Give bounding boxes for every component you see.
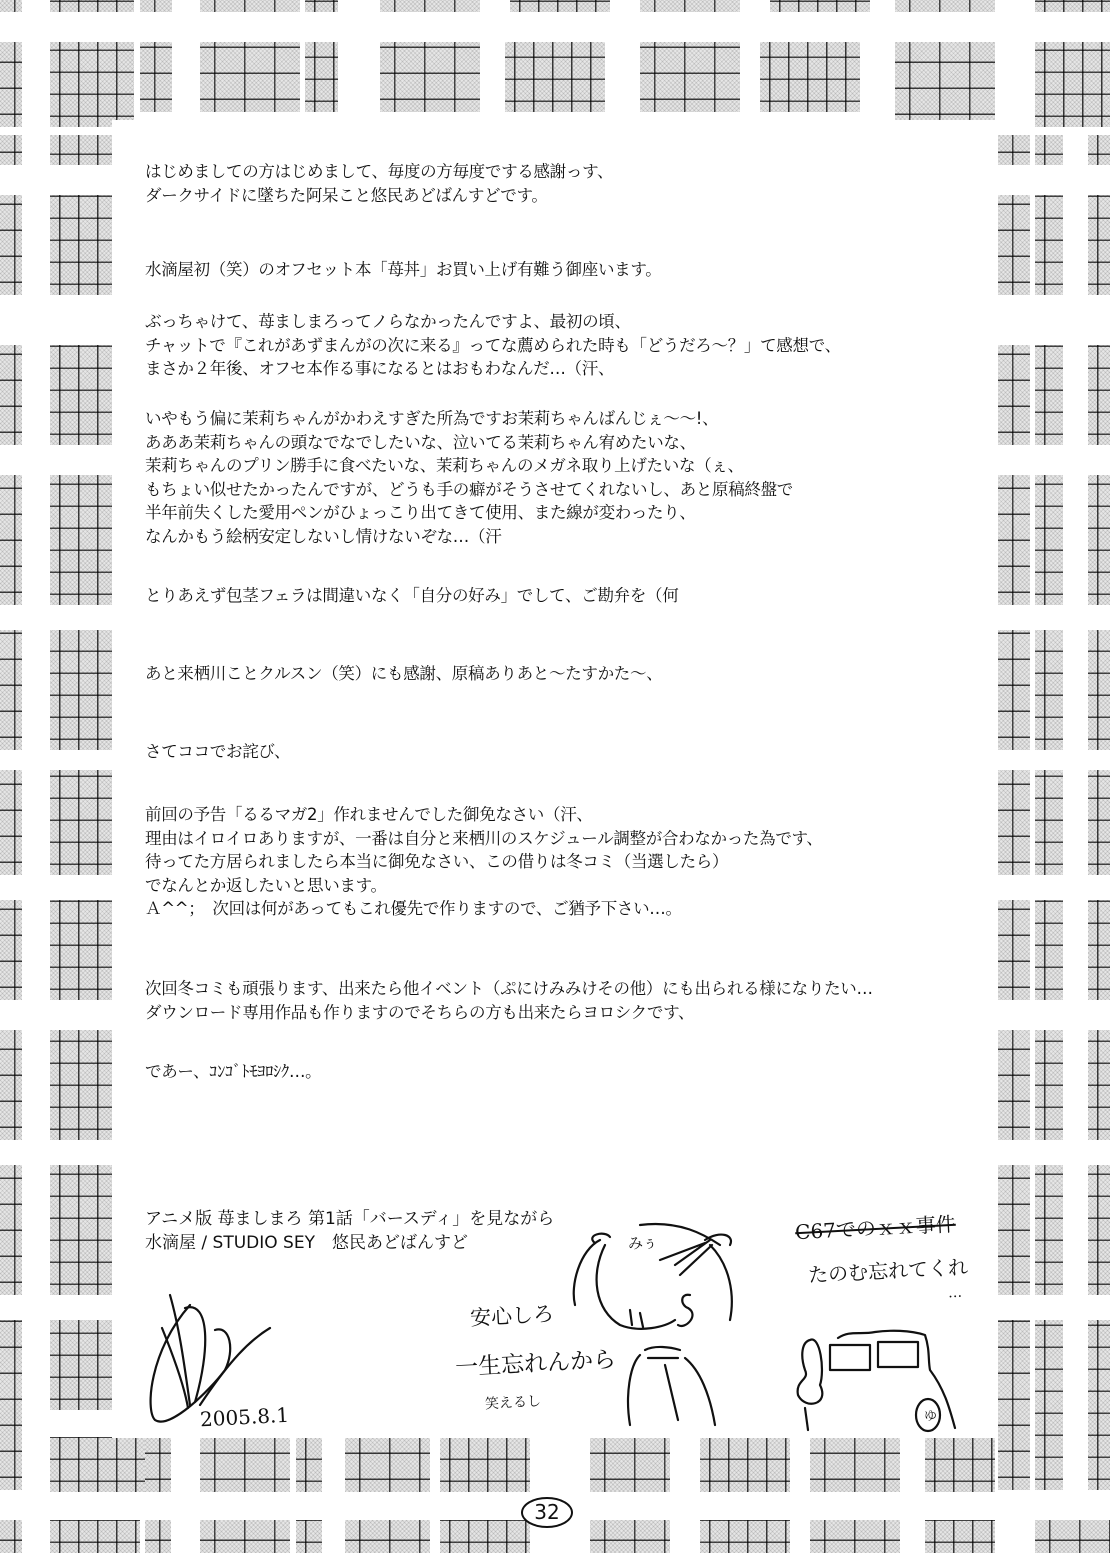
signature-date: 2005.8.1: [199, 1403, 289, 1432]
page-number: 32: [521, 1497, 573, 1528]
text-line: もちょい似せたかったんですが、どうも手の癖がそうさせてくれないし、あと原稿終盤で: [145, 478, 793, 502]
border-tile: [0, 42, 22, 127]
border-tile: [0, 195, 22, 295]
border-tile: [810, 1437, 900, 1492]
border-tile: [0, 345, 22, 445]
text-line: 半年前失くした愛用ペンがひょっこり出てきて使用、また線が変わったり、: [145, 501, 793, 525]
text-line: 待ってた方居られましたら本当に御免なさい、この借りは冬コミ（当選したら）: [145, 850, 823, 874]
hands-sketch-icon: [790, 1330, 970, 1440]
border-tile: [440, 1520, 530, 1553]
border-tile: [1088, 345, 1110, 445]
text-line: はじめましての方はじめまして、毎度の方毎度でする感謝っす、: [145, 160, 613, 184]
border-tile: [1035, 1165, 1063, 1295]
border-tile: [1035, 1520, 1110, 1553]
paragraph-apology-intro: さてココでお詫び、: [145, 740, 290, 764]
paragraph-thanks: 水滴屋初（笑）のオフセット本「苺丼」お買い上げ有難う御座います。: [145, 258, 661, 282]
text-line: なんかもう絵柄安定しないし情けないぞな…（汗: [145, 525, 793, 549]
border-tile: [998, 345, 1030, 445]
border-tile: [1035, 770, 1063, 875]
text-line: 前回の予告「るるマガ2」作れませんでした御免なさい（汗、: [145, 803, 823, 827]
border-tile: [145, 1437, 171, 1492]
border-tile: [50, 0, 134, 12]
border-tile: [700, 1520, 790, 1553]
text-line: ダウンロード専用作品も作りますのでそちらの方も出来たらヨロシクです、: [145, 1001, 873, 1025]
border-tile: [1088, 770, 1110, 875]
border-tile: [1088, 1165, 1110, 1295]
text-line: 次回冬コミも頑張ります、出来たら他イベント（ぷにけみみけその他）にも出られる様に…: [145, 977, 873, 1001]
paragraph-confession: ぶっちゃけて、苺ましまろってノらなかったんですよ、最初の頃、 チャットで『これが…: [145, 310, 841, 381]
border-tile: [1035, 630, 1063, 750]
credit-line-watching: アニメ版 苺ましまろ 第1話「バースディ」を見ながら: [145, 1207, 554, 1231]
author-credit: アニメ版 苺ましまろ 第1話「バースディ」を見ながら 水滴屋 / STUDIO …: [145, 1207, 554, 1255]
border-tile: [640, 42, 740, 112]
border-tile: [1035, 0, 1110, 12]
border-tile: [0, 1165, 22, 1295]
border-tile: [50, 900, 112, 1000]
border-tile: [1088, 900, 1110, 1000]
border-tile: [200, 1520, 290, 1553]
border-tile: [895, 42, 995, 127]
border-tile: [998, 900, 1030, 1000]
border-tile: [1035, 1030, 1063, 1140]
text-line: いやもう偏に茉莉ちゃんがかわえすぎた所為ですお茉莉ちゃんばんじぇ～～!、: [145, 407, 793, 431]
border-tile: [1035, 475, 1063, 605]
text-line: 水滴屋初（笑）のオフセット本「苺丼」お買い上げ有難う御座います。: [145, 258, 661, 282]
border-tile: [510, 0, 610, 12]
text-line: ダークサイドに墜ちた阿呆こと悠民あどばんすどです。: [145, 184, 613, 208]
border-tile: [50, 475, 112, 605]
text-line: Ａ^^； 次回は何があってもこれ優先で作りますので、ご猶予下さい…。: [145, 897, 823, 921]
border-tile: [0, 135, 22, 165]
border-tile: [760, 42, 860, 112]
border-tile: [1088, 475, 1110, 605]
border-tile: [925, 1437, 995, 1492]
note-ellipsis: …: [948, 1285, 963, 1302]
paragraph-next-event: 次回冬コミも頑張ります、出来たら他イベント（ぷにけみみけその他）にも出られる様に…: [145, 977, 873, 1024]
border-tile: [145, 1520, 171, 1553]
border-tile: [998, 1165, 1030, 1295]
border-tile: [0, 475, 22, 605]
border-tile: [50, 770, 112, 875]
border-tile: [50, 42, 134, 127]
border-tile: [140, 0, 172, 12]
border-tile: [1088, 1320, 1110, 1490]
paragraph-matsuri: いやもう偏に茉莉ちゃんがかわえすぎた所為ですお茉莉ちゃんばんじぇ～～!、 あああ…: [145, 407, 793, 548]
girl-sketch-icon: [560, 1225, 760, 1425]
border-tile: [505, 42, 605, 112]
border-tile: [380, 42, 480, 112]
girl-sound: みぅ: [627, 1231, 658, 1254]
border-tile: [1035, 900, 1063, 1000]
border-tile: [700, 1437, 790, 1492]
paragraph-preference: とりあえず包茎フェラは間違いなく「自分の好み」でして、ご勘弁を（何: [145, 584, 678, 608]
text-line: とりあえず包茎フェラは間違いなく「自分の好み」でして、ご勘弁を（何: [145, 584, 678, 608]
border-tile: [50, 1030, 112, 1140]
border-tile: [440, 1437, 530, 1492]
border-tile: [305, 0, 338, 12]
text-line: でなんとか返したいと思います。: [145, 874, 823, 898]
border-tile: [998, 770, 1030, 875]
text-line: 茉莉ちゃんのプリン勝手に食べたいな、茉莉ちゃんのメガネ取り上げたいな（ぇ、: [145, 454, 793, 478]
border-tile: [345, 1437, 430, 1492]
border-tile: [1035, 135, 1063, 165]
border-tile: [50, 1320, 112, 1410]
text-line: さてココでお詫び、: [145, 740, 290, 764]
border-tile: [998, 1320, 1030, 1490]
girl-small-note: 笑えるし: [485, 1391, 542, 1414]
border-tile: [296, 1437, 322, 1492]
border-tile: [0, 770, 22, 875]
border-tile: [140, 42, 172, 112]
border-tile: [1088, 1030, 1110, 1140]
border-tile: [0, 1030, 22, 1140]
border-tile: [200, 0, 300, 12]
border-tile: [998, 135, 1030, 165]
border-tile: [0, 630, 22, 750]
border-tile: [50, 1165, 112, 1295]
text-line: 理由はイロイロありますが、一番は自分と来栖川のスケジュール調整が合わなかった為で…: [145, 827, 823, 851]
border-tile: [810, 1520, 900, 1553]
border-tile: [1035, 345, 1063, 445]
border-tile: [50, 345, 112, 445]
paragraph-apology: 前回の予告「るるマガ2」作れませんでした御免なさい（汗、 理由はイロイロあります…: [145, 803, 823, 921]
border-tile: [50, 1520, 140, 1553]
border-tile: [200, 42, 300, 112]
border-tile: [998, 630, 1030, 750]
border-tile: [296, 1520, 322, 1553]
text-line: あああ茉莉ちゃんの頭なでなでしたいな、泣いてる茉莉ちゃん宥めたいな、: [145, 431, 793, 455]
border-tile: [200, 1437, 290, 1492]
border-tile: [1088, 630, 1110, 750]
border-tile: [998, 195, 1030, 295]
border-tile: [770, 0, 870, 12]
credit-line-circle: 水滴屋 / STUDIO SEY 悠民あどばんすど: [145, 1231, 554, 1255]
text-line: チャットで『これがあずまんがの次に来る』ってな薦められた時も「どうだろ～？」て感…: [145, 334, 841, 358]
border-tile: [0, 0, 22, 12]
border-tile: [305, 42, 338, 112]
border-tile: [1035, 195, 1063, 295]
tag-mark: ゆ: [924, 1405, 938, 1425]
border-tile: [640, 0, 740, 12]
border-tile: [380, 0, 480, 12]
paragraph-closing: であー、ｺﾝｺﾞﾄﾓﾖﾛｼｸ…。: [145, 1060, 321, 1084]
paragraph-credits: あと来栖川ことクルスン（笑）にも感謝、原稿ありあと～たすかた～、: [145, 662, 662, 686]
text-line: まさか２年後、オフセ本作る事になるとはおもわなんだ…（汗、: [145, 357, 841, 381]
border-tile: [1088, 195, 1110, 295]
text-line: あと来栖川ことクルスン（笑）にも感謝、原稿ありあと～たすかた～、: [145, 662, 662, 686]
border-tile: [50, 195, 112, 295]
border-tile: [998, 475, 1030, 605]
girl-speech-1: 安心しろ: [469, 1298, 554, 1332]
border-tile: [925, 1520, 995, 1553]
border-tile: [1035, 42, 1110, 127]
border-tile: [50, 135, 112, 165]
border-tile: [590, 1437, 670, 1492]
border-tile: [895, 0, 995, 12]
border-tile: [1088, 135, 1110, 165]
border-tile: [1035, 1320, 1063, 1490]
border-tile: [0, 900, 22, 1000]
border-tile: [998, 1030, 1030, 1140]
text-line: であー、ｺﾝｺﾞﾄﾓﾖﾛｼｸ…。: [145, 1060, 321, 1084]
border-tile: [50, 630, 112, 750]
paragraph-greeting: はじめましての方はじめまして、毎度の方毎度でする感謝っす、 ダークサイドに墜ちた…: [145, 160, 613, 207]
text-line: ぶっちゃけて、苺ましまろってノらなかったんですよ、最初の頃、: [145, 310, 841, 334]
border-tile: [590, 1520, 670, 1553]
border-tile: [0, 1520, 22, 1553]
border-tile: [345, 1520, 430, 1553]
border-tile: [0, 1320, 22, 1490]
